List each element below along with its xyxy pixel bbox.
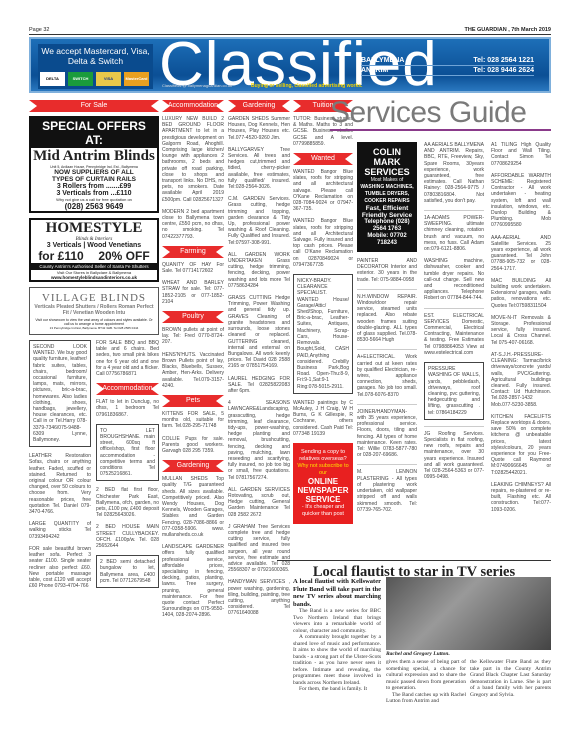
removals-ad: MOVE-N-IT Removals & Storage. Profession… bbox=[491, 315, 551, 346]
office-antrim: ANTRIMTel: 028 9446 2624 bbox=[361, 66, 534, 76]
online-subscription-promo[interactable]: Sending a copy to relatives overseas? Wh… bbox=[293, 443, 353, 524]
plastering-ad: M. LENNON PLASTERING - All types of plas… bbox=[357, 469, 417, 512]
grass-cutting-ad: GRASS CUTTING Hedge Trimming, Power Wash… bbox=[228, 295, 290, 369]
broughshane-ad: TO LET BROUGHSHANE. main street, 600sq f… bbox=[96, 424, 159, 482]
mid-antrim-blinds-ad: SPECIAL OFFERS AT: Mid Antrim Blinds Uni… bbox=[29, 116, 159, 213]
sjh-cleaning-ad: AT-S.J.H.-PRESSURE-CLEANING: Tarmac/bric… bbox=[491, 352, 551, 408]
switch-card-icon: SWITCH bbox=[68, 72, 93, 86]
laurel-ad: LAUREL HEDGING FOR SALE. Tel 02825822083… bbox=[228, 376, 290, 395]
story-body-2: gives them a sense of being part of some… bbox=[386, 659, 466, 705]
office-ballymena: BALLYMENATel: 028 2564 1221 bbox=[361, 56, 534, 66]
section-gardening: Gardening bbox=[228, 100, 290, 112]
accommodation-column: Accommodation LUXURY NEW BUILD 2 BED GRO… bbox=[162, 98, 224, 625]
visa-card-icon: VISA bbox=[96, 72, 121, 86]
homestyle-website[interactable]: www.homestyleblindsandinteriors.co.uk bbox=[31, 275, 157, 280]
section-farming: Farming bbox=[162, 246, 224, 258]
village-blinds-ad: VILLAGE BLINDS Verticals Pleated Shutter… bbox=[29, 287, 159, 335]
gardening-column: Gardening GARDEN SHEDS Summer Houses, Do… bbox=[228, 98, 290, 623]
story-lead: A local flautist with Kellswater Flute B… bbox=[293, 578, 381, 608]
pullets-ad: BROWN pullets at point of lay. Tel: Fred… bbox=[162, 327, 224, 346]
ballygarvey-ad: BALLYGARVEY Tree Services. All trees and… bbox=[228, 147, 290, 190]
mac-building-ad: MAC BUILDING All building work undertake… bbox=[491, 278, 551, 309]
photo-caption: Rachel and Gregory Lutton. bbox=[386, 651, 450, 657]
section-gardening-2: Gardening bbox=[162, 460, 224, 472]
paper-date: THE GUARDIAN , 7th March 2019 bbox=[465, 27, 552, 33]
wanted-slates-ad-2: WANTED Bangor Blue slates, roofs for str… bbox=[293, 218, 353, 268]
hens-huts-ad: HENS'N'HUTS. Vaccinated Brown Pullets po… bbox=[162, 352, 224, 389]
nicky-brady-ad: NICKY-BRADY. CLEARANCE SPECIALIST. WANTE… bbox=[293, 274, 353, 394]
window-repair-ad: N.H.WINDOW REPAIR. Window/door repair se… bbox=[357, 294, 417, 344]
all-garden-services-ad: ALL GARDEN SERVICES Rotovating, scrub ou… bbox=[228, 487, 290, 518]
card-logos: DELTA SWITCH VISA MasterCard bbox=[40, 72, 149, 86]
cullybackey-house-ad: 2 BED HOUSE MAIN STREET CULLYBACKEY. OFC… bbox=[96, 524, 159, 549]
story-body-1: A local flautist with Kellswater Flute B… bbox=[293, 578, 381, 693]
section-pets: Pets bbox=[162, 395, 224, 407]
washing-repairs-ad: WASHING machine, dishwasher, cooker and … bbox=[424, 258, 484, 301]
leather-ad: LEATHER Restoration Sofas, chairs or any… bbox=[29, 453, 91, 515]
services-column-3: A1 TILING High Quality Floor and Wall Ti… bbox=[491, 142, 551, 519]
story-photo bbox=[386, 577, 551, 650]
est-electrical-ad: EST. ELECTRICAL SERVICES Domestic, Comme… bbox=[424, 313, 484, 356]
bbq-ad: FOR SALE BBQ and BBQ table and 6 chairs.… bbox=[96, 340, 159, 377]
flat-ad: FLAT to let in Dunclug, no dhss, 1 bedro… bbox=[96, 399, 159, 418]
walking-sticks-ad: LARGE QUANTITY of walking sticks Tel 073… bbox=[29, 521, 91, 540]
section-wanted: Wanted bbox=[293, 153, 353, 165]
kitchen-facelifts-ad: KITCHEN FACELIFTS Replace worktops & doo… bbox=[491, 414, 551, 476]
tiling-ad: A1 TILING High Quality Floor and Wall Ti… bbox=[491, 142, 551, 167]
payment-box: We accept Mastercard, Visa, Delta & Swit… bbox=[38, 44, 153, 89]
section-for-sale: For Sale bbox=[29, 100, 159, 112]
mastercard-icon: MasterCard bbox=[124, 72, 149, 86]
wanted-paintings-ad: WANTED paintings by C McAuley, J H Craig… bbox=[293, 400, 353, 437]
aaa-aerial-ad: AAA-AERIAL AND Satellite Services. 25 ye… bbox=[491, 235, 551, 272]
warmth-scheme-ad: AFFORDABLE WARMTH SCHEME: Registered Con… bbox=[491, 173, 551, 229]
semi-bungalow-ad: 2 BED semi detached bungalow to let, Bal… bbox=[96, 555, 159, 588]
sofa-ad: FOR sale beautiful brown leather sofa. P… bbox=[29, 546, 91, 589]
collie-ad: COLLIE Pups for sale. Parents good worke… bbox=[162, 436, 224, 455]
accept-text: We accept Mastercard, Visa, Delta & Swit… bbox=[38, 47, 153, 66]
story-body-3: the Kellswater Flute Band as they take p… bbox=[470, 659, 551, 698]
section-poultry: Poultry bbox=[162, 311, 224, 323]
services-guide-title: Services Guide bbox=[330, 96, 551, 131]
four-seasons-ad: 4 SEASONS LAWNCARE&Landscaping, grasscut… bbox=[228, 400, 290, 481]
section-accommodation-2: Accommodation bbox=[96, 383, 159, 395]
homestyle-ad: HOMESTYLE Blinds & Interiors 3 Verticals… bbox=[29, 218, 159, 282]
wanted-slates-ad: WANTED Bangor Blue slates, roofs for str… bbox=[293, 169, 353, 212]
adams-sweeping-ad: 1A-ADAMS POWER-SWEEPING. ultimate chimne… bbox=[424, 215, 484, 252]
cm-garden-ad: C.M. GARDEN Services. Grass cutting, hed… bbox=[228, 196, 290, 246]
chimney-ad: LEAKING CHIMNEYS? All repairs, re-plaste… bbox=[491, 482, 551, 513]
colin-mark-ad: COLIN MARK SERVICES Most Makes of WASHIN… bbox=[357, 142, 417, 252]
joiner-ad: JOINER/HANDYMAN- with 35 years experienc… bbox=[357, 409, 417, 459]
all-garden-work-ad: ALL GARDEN WORK UNDERTAKEN Grass cutting… bbox=[228, 252, 290, 289]
classified-banner: We accept Mastercard, Visa, Delta & Swit… bbox=[29, 37, 551, 93]
jg-roofing-ad: JG Roofing Services. Specialists in flat… bbox=[424, 431, 484, 481]
straw-ad: WHEAT AND BARLEY STRAW for sale. Tel: 07… bbox=[162, 280, 224, 305]
garden-sheds-ad: GARDEN SHEDS Summer Houses, Dog Kennels,… bbox=[228, 116, 290, 141]
luxury-apartment-ad: LUXURY NEW BUILD 2 BED GROUND FLOOR APAR… bbox=[162, 116, 224, 203]
electrical-ad: A+ELECTRICAL. Work carried out at keen r… bbox=[357, 354, 417, 397]
delta-card-icon: DELTA bbox=[40, 72, 65, 86]
landscape-ad: LANDSCAPE GARDENER offers fully qualifie… bbox=[162, 544, 224, 618]
second-look-ad: SECOND LOOK WANTED. We buy good quality … bbox=[29, 340, 91, 447]
banner-slogan: Buying or selling, classified advertisin… bbox=[251, 83, 362, 89]
tuition-wanted-column: Tuition TUTOR: Business studies & Maths.… bbox=[293, 98, 353, 524]
kittens-ad: KITTENS FOR SALE, 5 months old, suitable… bbox=[162, 411, 224, 430]
modern-apartment-ad: MODERN 2 bed apartment close to Ballymen… bbox=[162, 209, 224, 240]
services-column-2: AA AERIALS BALLYMENA AND ANTRIM. Repairs… bbox=[424, 142, 484, 486]
for-sale-column: For Sale SPECIAL OFFERS AT: Mid Antrim B… bbox=[29, 98, 159, 595]
painter-ad: PAINTER AND DECORATOR Interior and exter… bbox=[357, 258, 417, 283]
page-number: Page 32 bbox=[29, 27, 50, 33]
office-phones: BALLYMENATel: 028 2564 1221 ANTRIMTel: 0… bbox=[361, 56, 534, 76]
aa-aerials-ad: AA AERIALS BALLYMENA AND ANTRIM. Repairs… bbox=[424, 142, 484, 204]
mullan-sheds-ad: MULLAN SHEDS Top quality T/G guaranteed … bbox=[162, 476, 224, 538]
banner-email[interactable]: Classifieds @ ballymenaguardian.co.uk bbox=[162, 83, 232, 88]
services-column-1: COLIN MARK SERVICES Most Makes of WASHIN… bbox=[357, 142, 417, 519]
section-accommodation: Accommodation bbox=[162, 100, 224, 112]
pressure-washing-ad: PRESSURE WASHING OF WALLS, yards, pebble… bbox=[424, 362, 484, 420]
two-bed-flat-ad: 2 BED flat first floor, Chichester Park … bbox=[96, 487, 159, 518]
handyman-ad: HANDYMAN SERVICES , power washing, garde… bbox=[228, 579, 290, 616]
hay-ad: QUANITY OF HAY For Sale. Tel 07714172602 bbox=[162, 262, 224, 274]
